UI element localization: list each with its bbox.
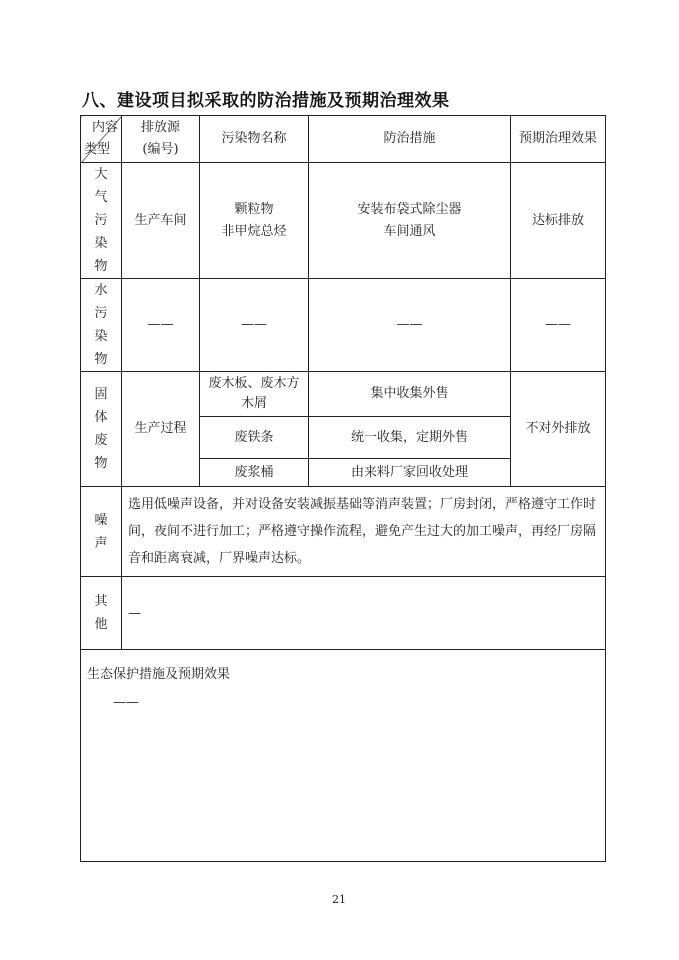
air-label-char: 物	[81, 255, 121, 278]
other-label: 其 他	[81, 577, 122, 650]
air-measures: 安装布袋式除尘器 车间通风	[309, 163, 511, 279]
solid-row-1: 固 体 废 物 生产过程 废木板、废木方木屑 集中收集外售 不对外排放	[81, 372, 606, 417]
water-label: 水 污 染 物	[81, 279, 122, 372]
water-row: 水 污 染 物 —— —— —— ——	[81, 279, 606, 372]
noise-row: 噪 声 选用低噪声设备，并对设备安装减振基础等消声装置；厂房封闭，严格遵守工作时…	[81, 487, 606, 577]
header-row: 内容 类型 排放源 (编号) 污染物名称 防治措施 预期治理效果	[81, 116, 606, 163]
water-effect: ——	[511, 279, 606, 372]
other-row: 其 他 —	[81, 577, 606, 650]
solid-label-char: 体	[81, 406, 121, 429]
air-measure-2: 车间通风	[309, 221, 510, 243]
air-row: 大 气 污 染 物 生产车间 颗粒物 非甲烷总烃 安装布袋式除尘器 车间通风 达…	[81, 163, 606, 279]
water-source: ——	[122, 279, 200, 372]
water-measures: ——	[309, 279, 511, 372]
air-pollutant-1: 颗粒物	[200, 199, 308, 221]
other-text: —	[122, 577, 606, 650]
header-measures: 防治措施	[309, 116, 511, 163]
solid-pollutant-2: 废铁条	[200, 417, 309, 459]
solid-label: 固 体 废 物	[81, 372, 122, 487]
noise-label-char: 声	[81, 532, 121, 555]
section-title: 八、建设项目拟采取的防治措施及预期治理效果	[82, 86, 450, 111]
other-label-char: 他	[81, 613, 121, 636]
air-label: 大 气 污 染 物	[81, 163, 122, 279]
header-source-l2: (编号)	[122, 139, 199, 161]
water-pollutant: ——	[200, 279, 309, 372]
air-pollutant-2: 非甲烷总烃	[200, 221, 308, 243]
solid-pollutant-1: 废木板、废木方木屑	[200, 372, 309, 417]
noise-label-char: 噪	[81, 509, 121, 532]
water-label-char: 染	[81, 325, 121, 348]
solid-label-char: 废	[81, 429, 121, 452]
eco-row: 生态保护措施及预期效果 ——	[81, 650, 606, 862]
air-label-char: 污	[81, 209, 121, 232]
noise-label: 噪 声	[81, 487, 122, 577]
header-pollutant: 污染物名称	[200, 116, 309, 163]
solid-measures-3: 由来料厂家回收处理	[309, 459, 511, 487]
other-label-char: 其	[81, 590, 121, 613]
header-source-l1: 排放源	[122, 117, 199, 139]
air-source: 生产车间	[122, 163, 200, 279]
header-type-cell: 内容 类型	[81, 116, 122, 163]
solid-label-char: 物	[81, 452, 121, 475]
noise-text: 选用低噪声设备，并对设备安装减振基础等消声装置；厂房封闭，严格遵守工作时间，夜间…	[122, 487, 606, 577]
water-label-char: 水	[81, 279, 121, 302]
header-effect: 预期治理效果	[511, 116, 606, 163]
solid-source: 生产过程	[122, 372, 200, 487]
air-measure-1: 安装布袋式除尘器	[309, 199, 510, 221]
eco-cell: 生态保护措施及预期效果 ——	[81, 650, 606, 862]
solid-measures-2: 统一收集，定期外售	[309, 417, 511, 459]
water-label-char: 物	[81, 348, 121, 371]
solid-effect: 不对外排放	[511, 372, 606, 487]
eco-title: 生态保护措施及预期效果	[87, 667, 230, 682]
water-label-char: 污	[81, 302, 121, 325]
header-source: 排放源 (编号)	[122, 116, 200, 163]
eco-text: ——	[113, 692, 599, 714]
page-number: 21	[332, 893, 346, 906]
solid-measures-1: 集中收集外售	[309, 372, 511, 417]
solid-label-char: 固	[81, 383, 121, 406]
air-effect: 达标排放	[511, 163, 606, 279]
pollution-measures-table: 内容 类型 排放源 (编号) 污染物名称 防治措施 预期治理效果 大 气 污 染…	[80, 115, 606, 862]
air-label-char: 大	[81, 163, 121, 186]
air-label-char: 染	[81, 232, 121, 255]
air-label-char: 气	[81, 186, 121, 209]
air-pollutant: 颗粒物 非甲烷总烃	[200, 163, 309, 279]
solid-pollutant-3: 废浆桶	[200, 459, 309, 487]
header-type-label: 类型	[81, 139, 121, 161]
header-content-label: 内容	[81, 117, 121, 139]
